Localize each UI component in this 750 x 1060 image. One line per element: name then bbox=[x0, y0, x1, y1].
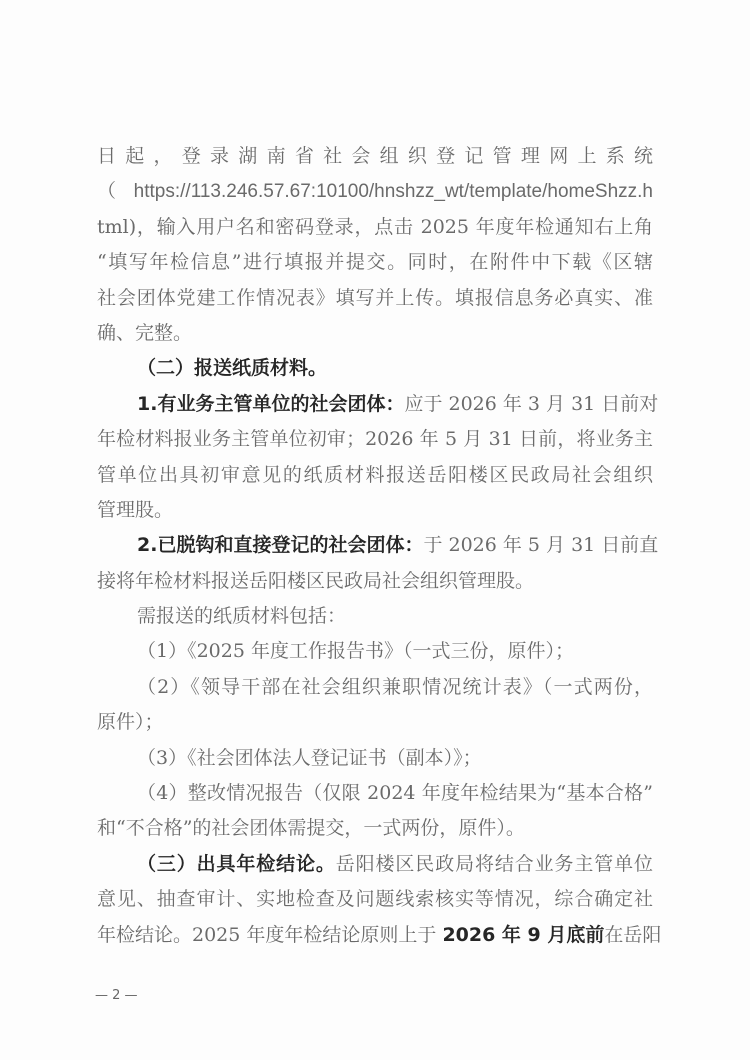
line-text: （2）《领导干部在社会组织兼职情况统计表》（一式两份， bbox=[137, 676, 653, 698]
section-heading-2: （二）报送纸质材料。 bbox=[97, 351, 653, 386]
line-text: （1）《2025 年度工作报告书》（一式三份，原件）； bbox=[137, 640, 574, 662]
line-text: 社会团体党建工作情况表》填写并上传。填报信息务必真实、准 bbox=[97, 287, 653, 309]
line-text: “填写年检信息”进行填报并提交。同时，在附件中下载《区辖 bbox=[97, 251, 653, 273]
heading-text: （三）出具年检结论。 bbox=[137, 853, 336, 875]
url-line: （ https://113.246.57.67:10100/hnshzz_wt/… bbox=[97, 174, 653, 209]
paragraph-line: 年检材料报业务主管单位初审；2026 年 5 月 31 日前，将业务主 bbox=[97, 422, 653, 457]
deadline-text: 2026 年 9 月底前 bbox=[442, 924, 604, 946]
line-text: 于 2026 年 5 月 31 日前直 bbox=[423, 534, 658, 556]
paragraph-line: 接将年检材料报送岳阳楼区民政局社会组织管理股。 bbox=[97, 564, 653, 599]
paragraph-line: 原件）； bbox=[97, 705, 653, 740]
line-text: 年检材料报业务主管单位初审；2026 年 5 月 31 日前，将业务主 bbox=[97, 428, 653, 450]
paragraph-line: 需报送的纸质材料包括： bbox=[97, 599, 653, 634]
line-text: 日起，登录湖南省社会组织登记管理网上系统 bbox=[97, 145, 653, 167]
url-text: （ https://113.246.57.67:10100/hnshzz_wt/… bbox=[97, 181, 653, 202]
paragraph-line: 和“不合格”的社会团体需提交，一式两份，原件）。 bbox=[97, 811, 653, 846]
paragraph-line: 管单位出具初审意见的纸质材料报送岳阳楼区民政局社会组织 bbox=[97, 458, 653, 493]
paragraph-line: 日起，登录湖南省社会组织登记管理网上系统 bbox=[97, 139, 653, 174]
line-text: 应于 2026 年 3 月 31 日前对 bbox=[404, 393, 658, 415]
document-page: 日起，登录湖南省社会组织登记管理网上系统 （ https://113.246.5… bbox=[0, 0, 750, 1060]
material-item-3: （3）《社会团体法人登记证书（副本）》； bbox=[97, 741, 653, 776]
page-number: — 2 — bbox=[95, 988, 138, 1003]
line-text: 管单位出具初审意见的纸质材料报送岳阳楼区民政局社会组织 bbox=[97, 464, 653, 486]
paragraph-line: 社会团体党建工作情况表》填写并上传。填报信息务必真实、准 bbox=[97, 281, 653, 316]
item-label: 1.有业务主管单位的社会团体： bbox=[137, 393, 404, 415]
paragraph-line: 确、完整。 bbox=[97, 316, 653, 351]
line-text: 在岳阳 bbox=[604, 924, 661, 946]
line-text: 年检结论。2025 年度年检结论原则上于 bbox=[97, 924, 442, 946]
paragraph-line: 年检结论。2025 年度年检结论原则上于 2026 年 9 月底前在岳阳 bbox=[97, 918, 653, 953]
line-text: 接将年检材料报送岳阳楼区民政局社会组织管理股。 bbox=[97, 570, 534, 592]
document-body: 日起，登录湖南省社会组织登记管理网上系统 （ https://113.246.5… bbox=[97, 139, 653, 953]
item-1-line: 1.有业务主管单位的社会团体：应于 2026 年 3 月 31 日前对 bbox=[97, 387, 653, 422]
line-text: 管理股。 bbox=[97, 499, 173, 521]
section-heading-3: （三）出具年检结论。岳阳楼区民政局将结合业务主管单位 bbox=[97, 847, 653, 882]
paragraph-line: tml)，输入用户名和密码登录，点击 2025 年度年检通知右上角 bbox=[97, 210, 653, 245]
material-item-4: （4）整改情况报告（仅限 2024 年度年检结果为“基本合格” bbox=[97, 776, 653, 811]
item-label: 2.已脱钩和直接登记的社会团体： bbox=[137, 534, 423, 556]
material-item-1: （1）《2025 年度工作报告书》（一式三份，原件）； bbox=[97, 634, 653, 669]
line-text: 原件）； bbox=[97, 711, 164, 733]
line-text: （3）《社会团体法人登记证书（副本）》； bbox=[137, 747, 482, 769]
item-2-line: 2.已脱钩和直接登记的社会团体：于 2026 年 5 月 31 日前直 bbox=[97, 528, 653, 563]
line-text: 意见、抽查审计、实地检查及问题线索核实等情况，综合确定社 bbox=[97, 888, 653, 910]
line-text: 需报送的纸质材料包括： bbox=[137, 605, 346, 627]
paragraph-line: 管理股。 bbox=[97, 493, 653, 528]
material-item-2: （2）《领导干部在社会组织兼职情况统计表》（一式两份， bbox=[97, 670, 653, 705]
line-text: 岳阳楼区民政局将结合业务主管单位 bbox=[336, 853, 653, 875]
paragraph-line: “填写年检信息”进行填报并提交。同时，在附件中下载《区辖 bbox=[97, 245, 653, 280]
line-text: 确、完整。 bbox=[97, 322, 192, 344]
paragraph-line: 意见、抽查审计、实地检查及问题线索核实等情况，综合确定社 bbox=[97, 882, 653, 917]
line-text: （4）整改情况报告（仅限 2024 年度年检结果为“基本合格” bbox=[137, 782, 653, 804]
line-text: tml)，输入用户名和密码登录，点击 2025 年度年检通知右上角 bbox=[97, 216, 653, 238]
heading-text: （二）报送纸质材料。 bbox=[137, 357, 327, 379]
line-text: 和“不合格”的社会团体需提交，一式两份，原件）。 bbox=[97, 817, 525, 839]
